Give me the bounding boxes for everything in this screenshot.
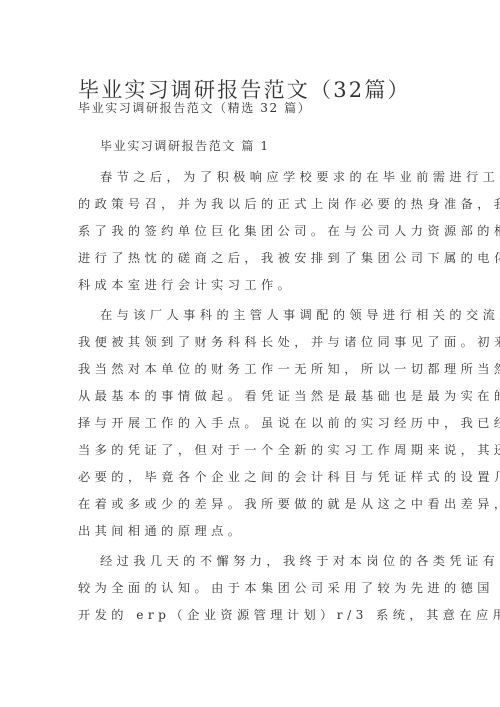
text-line: 当多的凭证了，但对于一个全新的实习工作周期来说，其还是十分 [78,437,418,464]
document-page: 毕业实习调研报告范文（32篇） 毕业实习调研报告范文（精选 32 篇） 毕业实习… [0,0,500,707]
text-line: 必要的，毕竟各个企业之间的会计科目与凭证样式的设置几乎都存 [78,464,418,491]
text-line: 在与该厂人事科的主管人事调配的领导进行相关的交流之后， [78,302,418,329]
text-line: 春节之后，为了积极响应学校要求的在毕业前需进行工作实习 [78,164,418,191]
text-line: 在着或多或少的差异。我所要做的就是从这之中看出差异，并总结 [78,491,418,518]
paragraph-1: 春节之后，为了积极响应学校要求的在毕业前需进行工作实习 的政策号召，并为我以后的… [78,164,418,299]
text-line: 开发的 erp（企业资源管理计划）r/3 系统，其意在应用信息技术实 [78,602,418,629]
text-line: 我便被其领到了财务科科长处，并与诸位同事见了面。初来乍道， [78,329,418,356]
text-line: 进行了热忱的磋商之后，我被安排到了集团公司下属的电化厂财务 [78,245,418,272]
text-line: 的政策号召，并为我以后的正式上岗作必要的热身准备，我主动联 [78,191,418,218]
text-line: 我当然对本单位的财务工作一无所知，所以一切都理所当然地应该 [78,356,418,383]
text-line: 经过我几天的不懈努力，我终于对本岗位的各类凭证有了一个 [78,548,418,575]
paragraph-3: 经过我几天的不懈努力，我终于对本岗位的各类凭证有了一个 较为全面的认知。由于本集… [78,548,418,629]
text-line: 科成本室进行会计实习工作。 [78,272,418,299]
document-subtitle: 毕业实习调研报告范文（精选 32 篇） [78,99,311,116]
text-line: 较为全面的认知。由于本集团公司采用了较为先进的德国 sap 公司 [78,575,418,602]
paragraph-2: 在与该厂人事科的主管人事调配的领导进行相关的交流之后， 我便被其领到了财务科科长… [78,302,418,545]
text-line: 出其间相通的原理点。 [78,518,418,545]
section-heading: 毕业实习调研报告范文 篇 1 [100,137,270,154]
text-line: 从最基本的事情做起。看凭证当然是最基础也是最为实在的行为选 [78,383,418,410]
text-line: 系了我的签约单位巨化集团公司。在与公司人力资源部的相关领导 [78,218,418,245]
text-line: 择与开展工作的入手点。虽说在以前的实习经历中，我已经看过相 [78,410,418,437]
